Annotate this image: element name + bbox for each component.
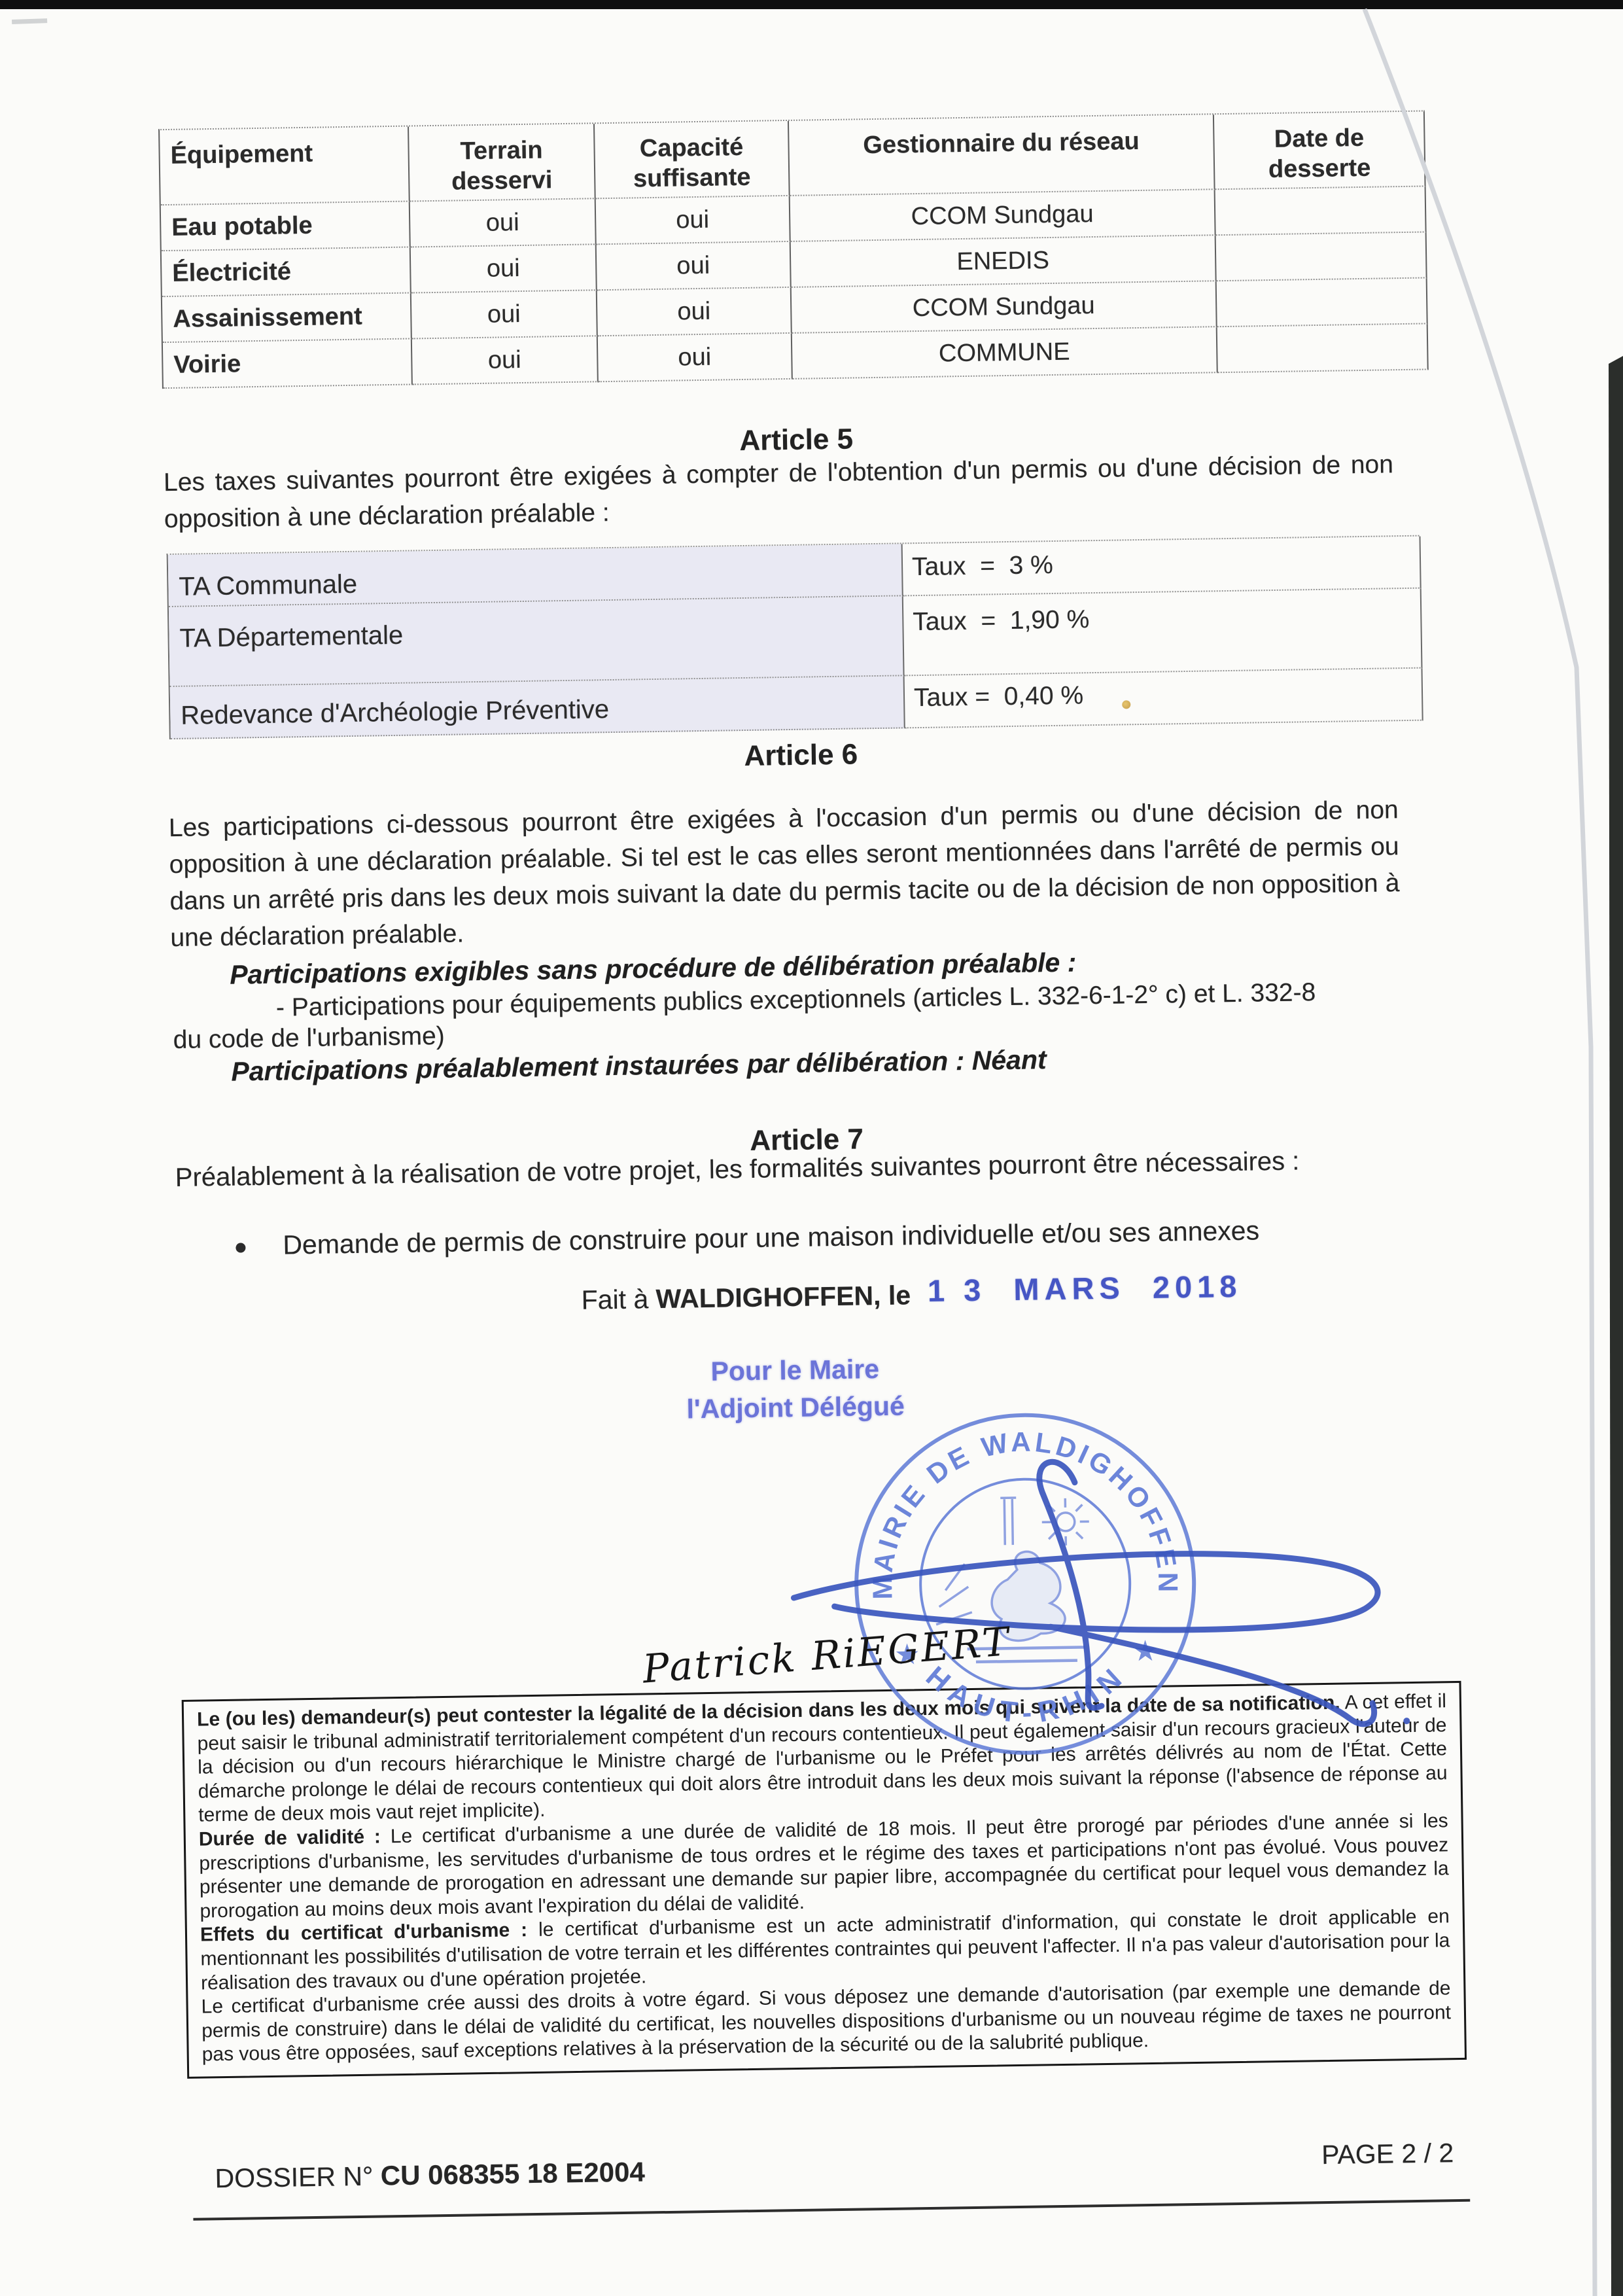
table-cell [1217, 324, 1429, 373]
footer-rule [193, 2199, 1470, 2221]
article6-paragraph: Les participations ci-dessous pourront ê… [168, 792, 1400, 957]
tax-value-cell: Taux = 3 % [903, 537, 1422, 597]
table-cell: oui [598, 334, 793, 382]
fait-place: WALDIGHOFFEN, le [655, 1280, 911, 1314]
table-cell: Voirie [163, 339, 413, 389]
table-cell [1215, 186, 1427, 236]
table-cell [1217, 278, 1428, 327]
bullet-item: Demande de permis de construire pour une… [283, 1215, 1259, 1260]
header-label: Date de desserte [1214, 122, 1424, 186]
table-cell: oui [411, 245, 597, 293]
table-cell: ENEDIS [791, 236, 1217, 288]
tax-value-cell: Taux = 1,90 % [903, 589, 1423, 677]
ink-speck [1122, 700, 1130, 709]
document-page: Équipement Terrain desservi Capacité suf… [0, 0, 1623, 2296]
dossier-number: CU 068355 18 E2004 [380, 2157, 645, 2191]
tax-label-cell: Redevance d'Archéologie Préventive [170, 676, 905, 739]
dossier-label: DOSSIER N° [215, 2161, 381, 2194]
header-cell: Gestionnaire du réseau [789, 115, 1215, 196]
tax-value-cell: Taux = 0,40 % [905, 669, 1423, 729]
fait-prefix: Fait à [581, 1284, 656, 1315]
table-cell: Électricité [162, 248, 411, 298]
tax-table: TA Communale Taux = 3 % TA Départemental… [167, 535, 1422, 739]
header-label: Équipement [170, 137, 408, 171]
legal-bold-lead: Durée de validité : [199, 1826, 381, 1850]
fait-a-line: Fait à WALDIGHOFFEN, le1 3 MARS 2018 [581, 1271, 1242, 1316]
table-cell [1216, 232, 1427, 281]
table-cell: oui [411, 291, 598, 339]
mairie-seal-and-signature: MAIRIE DE WALDIGHOFFEN HAUT-RHIN ★ ★ [707, 1367, 1446, 1849]
participations-detail-line2: du code de l'urbanisme) [173, 1022, 445, 1055]
table-cell: CCOM Sundgau [790, 190, 1216, 242]
header-cell: Date de desserte [1214, 111, 1426, 190]
article6-heading: Article 6 [167, 730, 1435, 781]
table-cell: Eau potable [161, 202, 411, 252]
page-number: PAGE 2 / 2 [1321, 2138, 1454, 2170]
table-cell: CCOM Sundgau [792, 281, 1217, 334]
table-cell: COMMUNE [792, 327, 1218, 380]
tax-label-cell: TA Départementale [169, 596, 905, 687]
table-cell: oui [597, 288, 792, 336]
table-cell: Assainissement [162, 293, 412, 343]
header-cell: Capacité suffisante [595, 121, 790, 199]
header-label: Gestionnaire du réseau [789, 125, 1213, 162]
bullet-icon [236, 1243, 245, 1252]
table-cell: oui [596, 196, 791, 245]
table-cell: oui [412, 336, 599, 385]
date-stamp: 1 3 MARS 2018 [928, 1268, 1242, 1309]
table-cell: oui [597, 242, 792, 291]
dossier-number-line: DOSSIER N° CU 068355 18 E2004 [215, 2157, 645, 2195]
scanned-document: Équipement Terrain desservi Capacité suf… [0, 0, 1623, 2296]
header-label: Capacité suffisante [595, 132, 788, 194]
header-cell: Terrain desservi [409, 124, 596, 202]
legal-bold-lead: Effets du certificat d'urbanisme : [200, 1919, 528, 1945]
table-cell: oui [410, 199, 597, 247]
header-cell: Équipement [160, 127, 410, 206]
header-label: Terrain desservi [409, 134, 594, 197]
equipment-table: Équipement Terrain desservi Capacité suf… [158, 110, 1429, 389]
